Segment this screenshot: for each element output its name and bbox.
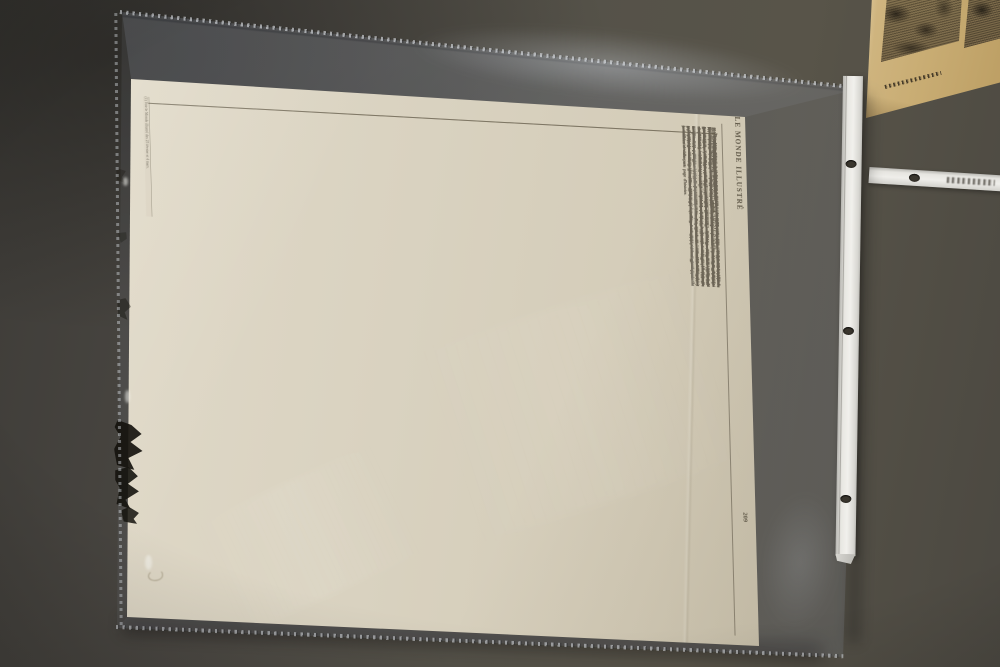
punch-hole-top <box>846 160 857 168</box>
reflection-speck <box>145 555 152 570</box>
punch-hole <box>909 174 920 183</box>
photograph-of-archived-newspaper: LE MONDE ILLUSTRÉ 209 Depuis un temps im… <box>0 0 1000 667</box>
reflection-speck <box>123 177 128 186</box>
punch-hole-middle <box>843 327 854 335</box>
reflection-speck <box>125 390 130 403</box>
strip-label-smudge <box>947 177 995 186</box>
punch-hole-bottom <box>840 495 851 503</box>
newspaper-in-sleeve: LE MONDE ILLUSTRÉ 209 Depuis un temps im… <box>112 5 892 667</box>
